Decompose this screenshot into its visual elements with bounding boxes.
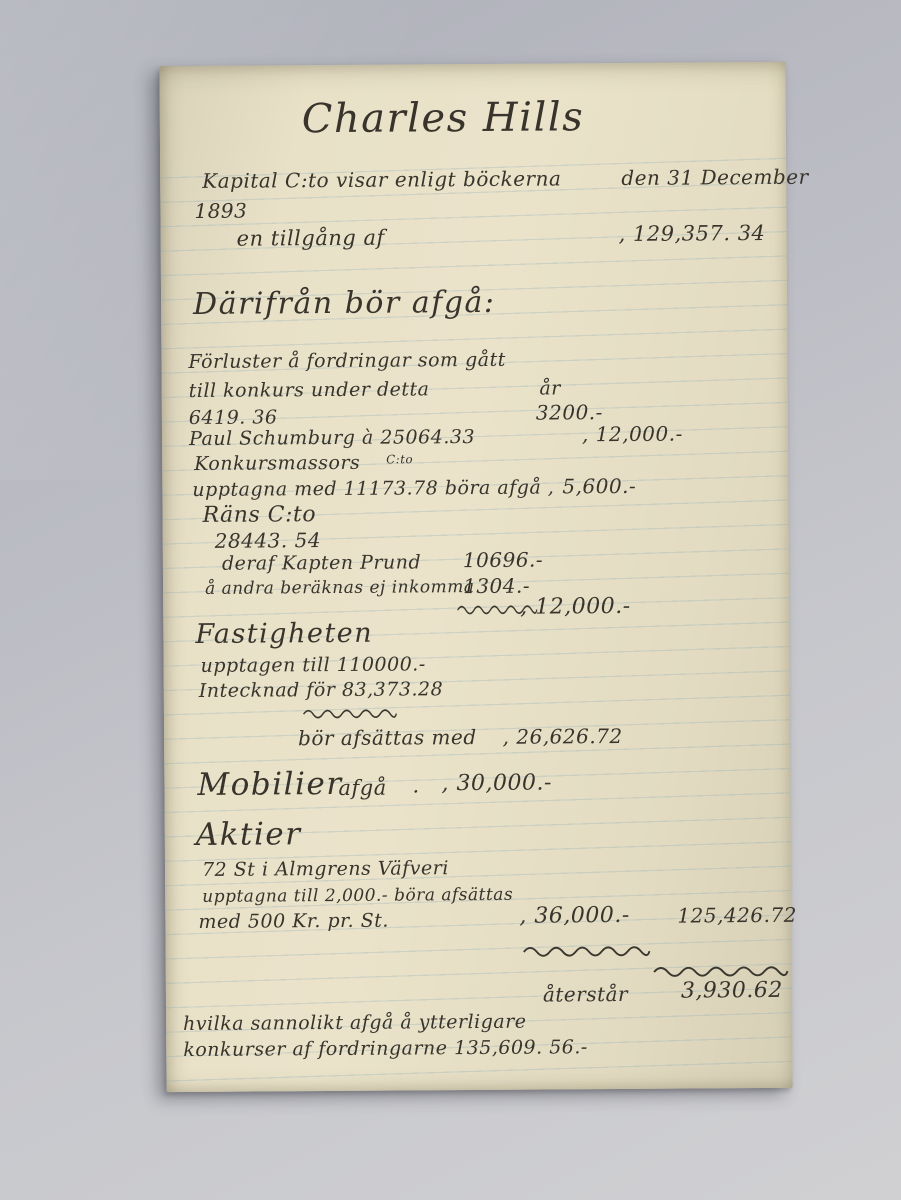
aktier-line-3: med 500 Kr. pr. St. xyxy=(198,911,389,933)
note-line-2: konkurser af fordringarne 135,609. 56.- xyxy=(183,1037,588,1061)
intro-line-1-text: Kapital C:to visar enligt böckerna xyxy=(202,166,561,193)
fastigheten-line-2: Intecknad för 83,373.28 xyxy=(199,679,443,702)
aterstar-label: återstår xyxy=(543,983,628,1006)
squiggle-underline xyxy=(302,705,398,720)
forluster-line-2: till konkurs under dettaår xyxy=(189,378,561,401)
paper-sheet: Charles Hills Kapital C:to visar enligt … xyxy=(159,62,792,1092)
konkursmassors-cto: C:to xyxy=(386,452,413,466)
mobilier-label: afgå xyxy=(338,777,386,800)
intro-line-1: Kapital C:to visar enligt böckernaden 31… xyxy=(202,166,809,192)
spacer xyxy=(429,395,539,396)
upptagna-value: 5,600.- xyxy=(562,475,636,498)
intro-year: 1893 xyxy=(194,200,247,222)
deraf-value: 10696.- xyxy=(463,549,543,572)
aktier-heading: Aktier xyxy=(196,817,302,852)
mobilier-dot: . xyxy=(412,774,419,797)
intro-amount: , 129,357. 34 xyxy=(619,222,766,246)
upptagna-line: upptagna med 11173.78 böra afgå , xyxy=(192,477,554,500)
forluster-line-1: Förluster å fordringar som gått xyxy=(188,350,505,373)
forluster-ar: år xyxy=(539,377,561,399)
forluster-value: 3200.- xyxy=(536,401,603,423)
paul-value: , 12,000.- xyxy=(582,423,683,446)
aktier-line-1: 72 St i Almgrens Väfveri xyxy=(202,858,449,881)
forluster-line-2-text: till konkurs under detta xyxy=(189,378,430,402)
fastigheten-line-1: upptagen till 110000.- xyxy=(201,654,426,676)
andra-line: å andra beräknas ej inkomma xyxy=(205,578,475,599)
rans-total: , 12,000.- xyxy=(520,595,631,620)
intro-date: den 31 December xyxy=(621,165,808,190)
mobilier-value: , 30,000.- xyxy=(441,771,552,796)
document-title: Charles Hills xyxy=(302,95,585,141)
deductions-heading: Därifrån bör afgå: xyxy=(193,286,496,321)
paul-line: Paul Schumburg à 25064.33 xyxy=(189,427,475,450)
forluster-sum: 6419. 36 xyxy=(189,407,278,429)
fastigheten-heading: Fastigheten xyxy=(195,619,373,650)
fastigheten-result-label: bör afsättas med xyxy=(298,725,477,750)
deraf-line: deraf Kapten Prund xyxy=(222,552,421,574)
aktier-value: , 36,000.- xyxy=(519,904,630,929)
aktier-line-2: upptagna till 2,000.- böra afsättas xyxy=(202,886,513,907)
konkursmassors-text: Konkursmassors xyxy=(194,452,360,475)
fastigheten-result-value: , 26,626.72 xyxy=(503,724,623,749)
aterstar-value: 3,930.62 xyxy=(681,979,783,1004)
squiggle-underline xyxy=(652,961,790,978)
rans-sum: 28443. 54 xyxy=(215,529,321,552)
intro-line-2: en tillgång af xyxy=(237,227,385,251)
fastigheten-result: bör afsättas med, 26,626.72 xyxy=(298,725,623,749)
squiggle-underline xyxy=(522,941,652,958)
note-line-1: hvilka sannolikt afgå å ytterligare xyxy=(183,1012,527,1035)
konkursmassors-line: KonkursmassorsC:to xyxy=(194,452,413,474)
mobilier-heading: Mobilier xyxy=(197,767,342,802)
aktier-subtotal: 125,426.72 xyxy=(677,904,797,927)
photo-backdrop: Charles Hills Kapital C:to visar enligt … xyxy=(0,0,901,1200)
rans-heading: Räns C:to xyxy=(202,503,316,528)
